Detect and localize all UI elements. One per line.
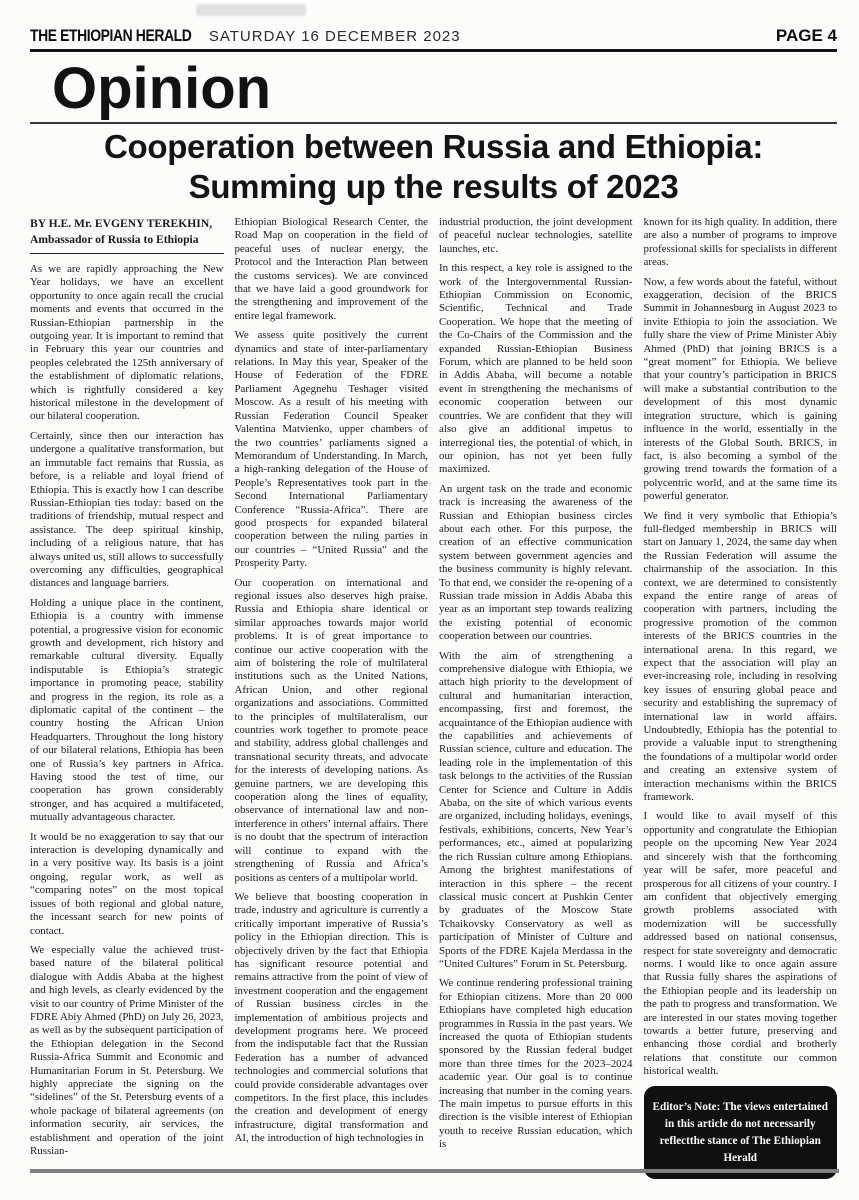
paragraph: We continue rendering professional train… <box>439 977 633 1151</box>
paragraph: We especially value the achieved trust-b… <box>30 944 224 1159</box>
editors-note: Editor’s Note: The views entertained in … <box>644 1086 838 1179</box>
article-headline: Cooperation between Russia and Ethiopia:… <box>30 127 837 207</box>
section-divider <box>30 122 837 124</box>
paragraph: In this respect, a key role is assigned … <box>439 262 633 477</box>
scan-artifact <box>196 4 306 16</box>
article-column-4: known for its high quality. In addition,… <box>644 216 838 1182</box>
byline-author: BY H.E. Mr. EVGENY TEREKHIN, <box>30 216 224 232</box>
paragraph: industrial production, the joint develop… <box>439 216 633 256</box>
headline-line-2: Summing up the results of 2023 <box>30 167 837 207</box>
newspaper-page: THE ETHIOPIAN HERALD SATURDAY 16 DECEMBE… <box>0 0 859 1200</box>
masthead: THE ETHIOPIAN HERALD SATURDAY 16 DECEMBE… <box>30 26 837 52</box>
paper-name: THE ETHIOPIAN HERALD <box>30 26 191 46</box>
bottom-divider <box>30 1169 839 1173</box>
paragraph: We believe that boosting cooperation in … <box>235 891 429 1146</box>
article-column-2: Ethiopian Biological Research Center, th… <box>235 216 429 1182</box>
paragraph: It would be no exaggeration to say that … <box>30 831 224 938</box>
page-number: PAGE 4 <box>776 26 837 46</box>
article-body: BY H.E. Mr. EVGENY TEREKHIN, Ambassador … <box>30 216 837 1182</box>
paragraph: Holding a unique place in the continent,… <box>30 597 224 825</box>
paragraph: Certainly, since then our interaction ha… <box>30 430 224 591</box>
paragraph: We find it very symbolic that Ethiopia’s… <box>644 510 838 805</box>
paragraph: Now, a few words about the fateful, with… <box>644 276 838 504</box>
issue-date: SATURDAY 16 DECEMBER 2023 <box>209 28 461 45</box>
paragraph: I would like to avail myself of this opp… <box>644 810 838 1078</box>
paragraph: We assess quite positively the current d… <box>235 329 429 570</box>
paragraph: Ethiopian Biological Research Center, th… <box>235 216 429 323</box>
paragraph: With the aim of strengthening a comprehe… <box>439 650 633 972</box>
paragraph: known for its high quality. In addition,… <box>644 216 838 270</box>
paragraph: Our cooperation on international and reg… <box>235 577 429 885</box>
article-column-3: industrial production, the joint develop… <box>439 216 633 1182</box>
paragraph: As we are rapidly approaching the New Ye… <box>30 263 224 424</box>
section-title: Opinion <box>52 60 837 118</box>
article-column-1: BY H.E. Mr. EVGENY TEREKHIN, Ambassador … <box>30 216 224 1182</box>
paragraph: An urgent task on the trade and economic… <box>439 483 633 644</box>
byline: BY H.E. Mr. EVGENY TEREKHIN, Ambassador … <box>30 216 224 254</box>
byline-title: Ambassador of Russia to Ethiopia <box>30 232 224 248</box>
headline-line-1: Cooperation between Russia and Ethiopia: <box>30 127 837 167</box>
